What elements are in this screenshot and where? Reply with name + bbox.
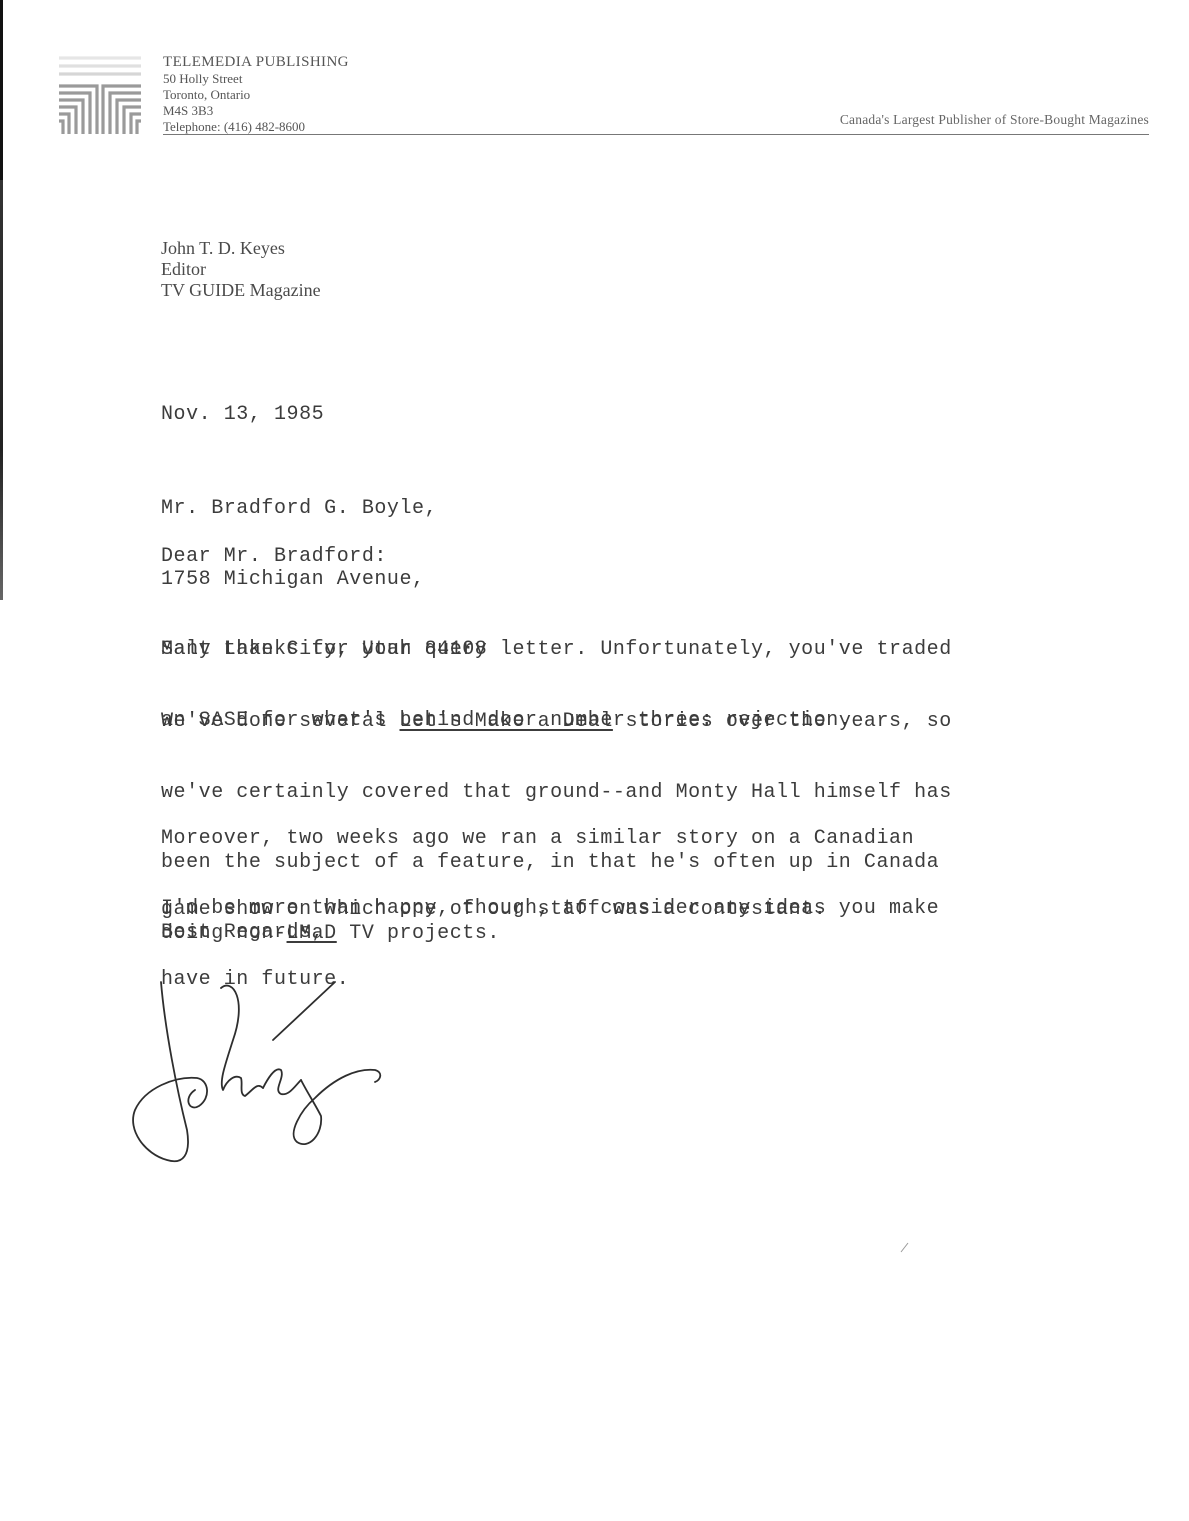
signature-icon <box>125 970 395 1170</box>
scan-speck <box>898 1240 912 1254</box>
letterhead: TELEMEDIA PUBLISHING 50 Holly Street Tor… <box>0 0 1189 140</box>
address-street: 50 Holly Street <box>163 71 349 87</box>
company-address-block: TELEMEDIA PUBLISHING 50 Holly Street Tor… <box>163 54 349 135</box>
paragraph-line: Moreover, two weeks ago we ran a similar… <box>161 827 914 851</box>
address-city: Toronto, Ontario <box>163 87 349 103</box>
text-run: stories over the years, so <box>613 710 952 733</box>
letterhead-divider <box>163 134 1149 135</box>
paragraph-line: Many thanks for your query letter. Unfor… <box>161 638 952 662</box>
letter-date: Nov. 13, 1985 <box>161 403 324 427</box>
text-run: We've done several <box>161 710 400 733</box>
underlined-show-title: Let's Make a Deal <box>400 710 613 733</box>
sender-name: John T. D. Keyes <box>161 238 321 259</box>
recipient-street: 1758 Michigan Avenue, <box>161 568 487 592</box>
paragraph-line: I'd be more than happy, though, to consi… <box>161 897 939 921</box>
paragraph-line: We've done several Let's Make a Deal sto… <box>161 710 952 734</box>
company-tagline: Canada's Largest Publisher of Store-Boug… <box>840 112 1149 128</box>
address-postal-code: M4S 3B3 <box>163 103 349 119</box>
sender-block: John T. D. Keyes Editor TV GUIDE Magazin… <box>161 238 321 301</box>
sender-publication: TV GUIDE Magazine <box>161 280 321 301</box>
salutation: Dear Mr. Bradford: <box>161 545 387 569</box>
sender-title: Editor <box>161 259 321 280</box>
telemedia-logo-icon <box>57 52 143 136</box>
company-name: TELEMEDIA PUBLISHING <box>163 54 349 71</box>
address-telephone: Telephone: (416) 482-8600 <box>163 119 349 135</box>
recipient-name: Mr. Bradford G. Boyle, <box>161 497 487 521</box>
closing: Best Regards, <box>161 921 324 945</box>
